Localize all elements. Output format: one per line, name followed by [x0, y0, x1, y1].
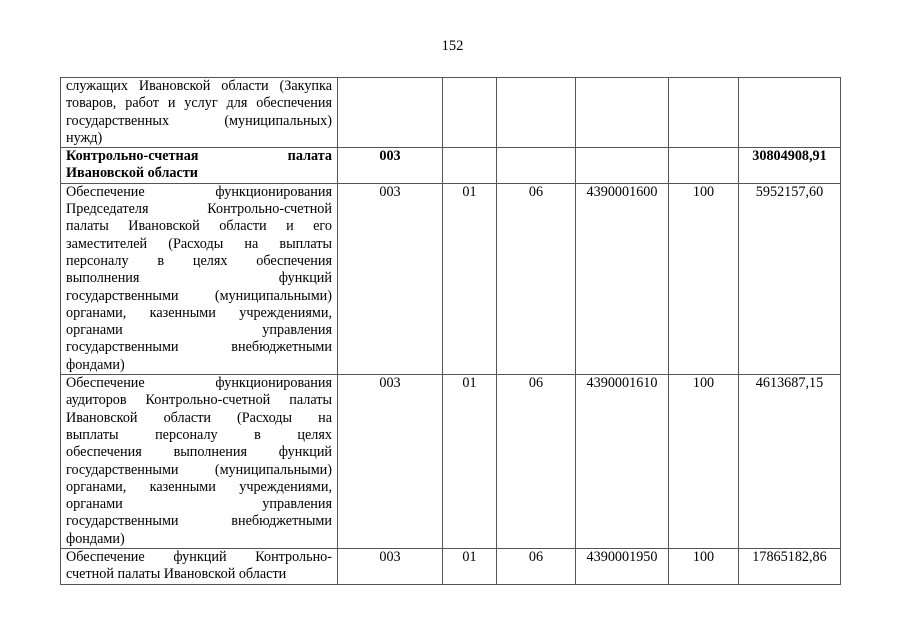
row-name-line: органами, казенными учреждениями,	[66, 479, 332, 496]
budget-table: служащих Ивановской области (Закупкатова…	[60, 77, 841, 585]
admin-code-cell: 003	[338, 148, 443, 184]
row-name-line: товаров, работ и услуг для обеспечения	[66, 95, 332, 112]
row-name-line: органами, казенными учреждениями,	[66, 305, 332, 322]
target-code-cell: 4390001600	[576, 183, 669, 374]
section-code-cell: 01	[443, 549, 497, 585]
row-name-line: счетной палаты Ивановской области	[66, 566, 332, 583]
table-row: Обеспечение функционированияаудиторов Ко…	[61, 375, 841, 549]
row-name-line: органами управления	[66, 496, 332, 513]
target-code-cell	[576, 78, 669, 148]
row-name-line: палаты Ивановской области и его	[66, 218, 332, 235]
subsection-code-cell	[497, 78, 576, 148]
expense-type-cell	[669, 148, 739, 184]
row-name-cell: Обеспечение функционированияПредседателя…	[61, 183, 338, 374]
row-name-line: Контрольно-счетная палата	[66, 148, 332, 165]
subsection-code-cell: 06	[497, 375, 576, 549]
row-name-cell: Контрольно-счетная палатаИвановской обла…	[61, 148, 338, 184]
target-code-cell: 4390001610	[576, 375, 669, 549]
admin-code-cell: 003	[338, 183, 443, 374]
expense-type-cell: 100	[669, 183, 739, 374]
admin-code-cell	[338, 78, 443, 148]
target-code-cell	[576, 148, 669, 184]
row-name-line: Обеспечение функций Контрольно-	[66, 549, 332, 566]
amount-cell	[739, 78, 841, 148]
table-row: служащих Ивановской области (Закупкатова…	[61, 78, 841, 148]
row-name-line: фондами)	[66, 531, 332, 548]
row-name-line: нужд)	[66, 130, 332, 147]
amount-cell: 4613687,15	[739, 375, 841, 549]
section-code-cell: 01	[443, 183, 497, 374]
row-name-line: персоналу в целях обеспечения	[66, 253, 332, 270]
section-code-cell	[443, 78, 497, 148]
row-name-line: служащих Ивановской области (Закупка	[66, 78, 332, 95]
row-name-cell: служащих Ивановской области (Закупкатова…	[61, 78, 338, 148]
subsection-code-cell: 06	[497, 183, 576, 374]
table-row: Обеспечение функционированияПредседателя…	[61, 183, 841, 374]
row-name-cell: Обеспечение функционированияаудиторов Ко…	[61, 375, 338, 549]
target-code-cell: 4390001950	[576, 549, 669, 585]
section-code-cell: 01	[443, 375, 497, 549]
expense-type-cell: 100	[669, 549, 739, 585]
page-number: 152	[0, 38, 905, 55]
table-row: Контрольно-счетная палатаИвановской обла…	[61, 148, 841, 184]
admin-code-cell: 003	[338, 549, 443, 585]
budget-table-body: служащих Ивановской области (Закупкатова…	[61, 78, 841, 585]
expense-type-cell	[669, 78, 739, 148]
row-name-line: заместителей (Расходы на выплаты	[66, 236, 332, 253]
row-name-line: выполнения функций	[66, 270, 332, 287]
row-name-line: Ивановской области	[66, 165, 332, 182]
row-name-line: Обеспечение функционирования	[66, 375, 332, 392]
row-name-line: органами управления	[66, 322, 332, 339]
subsection-code-cell: 06	[497, 549, 576, 585]
table-row: Обеспечение функций Контрольно-счетной п…	[61, 549, 841, 585]
row-name-line: Ивановской области (Расходы на	[66, 410, 332, 427]
subsection-code-cell	[497, 148, 576, 184]
row-name-line: аудиторов Контрольно-счетной палаты	[66, 392, 332, 409]
amount-cell: 17865182,86	[739, 549, 841, 585]
amount-cell: 30804908,91	[739, 148, 841, 184]
expense-type-cell: 100	[669, 375, 739, 549]
amount-cell: 5952157,60	[739, 183, 841, 374]
row-name-line: Председателя Контрольно-счетной	[66, 201, 332, 218]
row-name-line: фондами)	[66, 357, 332, 374]
row-name-line: государственными (муниципальными)	[66, 288, 332, 305]
row-name-line: государственных (муниципальных)	[66, 113, 332, 130]
section-code-cell	[443, 148, 497, 184]
admin-code-cell: 003	[338, 375, 443, 549]
row-name-line: государственными внебюджетными	[66, 513, 332, 530]
row-name-cell: Обеспечение функций Контрольно-счетной п…	[61, 549, 338, 585]
row-name-line: государственными внебюджетными	[66, 339, 332, 356]
row-name-line: выплаты персоналу в целях	[66, 427, 332, 444]
row-name-line: обеспечения выполнения функций	[66, 444, 332, 461]
row-name-line: государственными (муниципальными)	[66, 462, 332, 479]
row-name-line: Обеспечение функционирования	[66, 184, 332, 201]
